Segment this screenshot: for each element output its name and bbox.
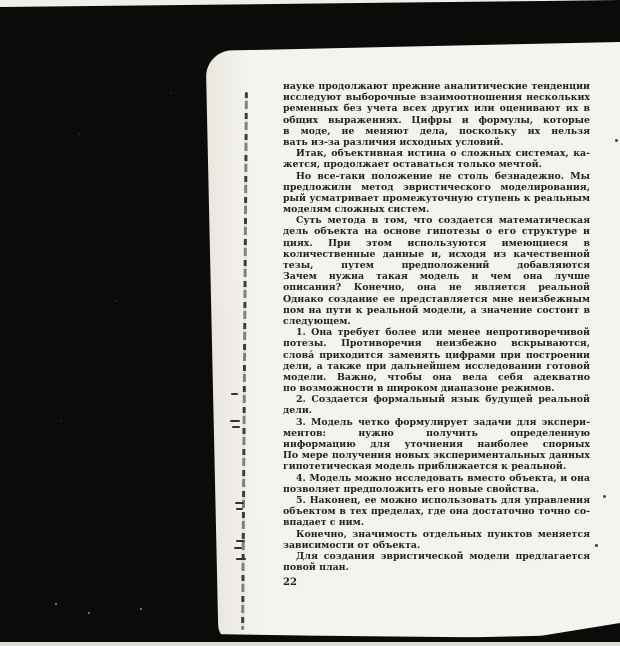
- text-line: дель объекта на основе гипотезы о его ст…: [283, 226, 590, 237]
- text-line: слова́ приходится заменять цифрами при п…: [283, 350, 590, 361]
- text-line: ментов: нужно получить определенную коли…: [283, 428, 590, 439]
- text-line: повой план.: [283, 562, 590, 573]
- text-line: зависимости от объекта.: [283, 540, 590, 551]
- text-line: вать из-за различия исходных условий.: [283, 137, 590, 148]
- text-line: По мере получения новых экспериментальны…: [283, 450, 590, 461]
- book-photo: науке продолжают прежние аналитические т…: [0, 0, 620, 646]
- page-edge-mark: [236, 558, 246, 560]
- text-line: 1. Она требует более или менее непротиво…: [283, 327, 590, 338]
- text-line: исследуют выборочные взаимоотношения нес…: [283, 92, 590, 103]
- page-edge-mark: [235, 502, 244, 504]
- text-line: предложили метод эвристического моделиро…: [283, 182, 590, 193]
- text-line: тезы, путем предположений добавляются не…: [283, 260, 590, 271]
- text-line: ременных без учета всех других или оцени…: [283, 103, 590, 114]
- page-text: науке продолжают прежние аналитические т…: [283, 81, 590, 573]
- noise-dot: [88, 612, 90, 614]
- text-line: потезы. Противоречия неизбежно вскрывают…: [283, 338, 590, 349]
- noise-dot: [140, 608, 142, 610]
- text-line: информацию для уточнения наиболее спорны…: [283, 439, 590, 450]
- text-line: науке продолжают прежние аналитические т…: [283, 81, 590, 92]
- ink-speck: [615, 139, 618, 142]
- page-edge-mark: [236, 540, 245, 542]
- text-line: объектом в тех пределах, где она достато…: [283, 506, 590, 517]
- text-line: пом на пути к реальной модели, а значени…: [283, 305, 590, 316]
- text-line: рый усматривает промежуточную ступень к …: [283, 193, 590, 204]
- text-line: Но все-таки положение не столь безнадежн…: [283, 171, 590, 182]
- text-line: дели.: [283, 405, 590, 416]
- page-edge-mark: [231, 393, 238, 395]
- text-line: количественные данные и, исходя из качес…: [283, 249, 590, 260]
- noise-dot: [78, 133, 80, 135]
- text-line: дели, а также при дальнейшем исследовани…: [283, 361, 590, 372]
- noise-dot: [115, 300, 117, 302]
- text-line: циях. При этом используются имеющиеся в …: [283, 238, 590, 249]
- text-line: 2. Создается формальный язык будущей реа…: [283, 394, 590, 405]
- text-line: Суть метода в том, что создается математ…: [283, 215, 590, 226]
- text-line: впадает с ним.: [283, 517, 590, 528]
- text-line: описания? Конечно, она не является реаль…: [283, 282, 590, 293]
- text-line: модели. Важно, чтобы она вела себя адекв…: [283, 372, 590, 383]
- page-edge-mark: [234, 547, 242, 549]
- text-line: общих выражениях. Цифры и формулы, котор…: [283, 115, 590, 126]
- text-line: Зачем нужна такая модель и чем она лучше…: [283, 271, 590, 282]
- page-edge-mark: [236, 508, 243, 510]
- bottom-light-strip: [0, 642, 620, 646]
- ink-speck: [595, 544, 598, 547]
- ink-speck: [603, 495, 606, 498]
- page-edge-mark: [232, 426, 240, 428]
- page-number: 22: [283, 577, 297, 588]
- text-line: 4. Модель можно исследовать вместо объек…: [283, 473, 590, 484]
- text-line: в моде, не меняют дела, поскольку их нел…: [283, 126, 590, 137]
- text-line: Для создания эвристической модели предла…: [283, 551, 590, 562]
- noise-dot: [170, 92, 172, 94]
- text-line: Конечно, значимость отдельных пунктов ме…: [283, 529, 590, 540]
- text-line: гипотетическая модель приближается к реа…: [283, 461, 590, 472]
- noise-dot: [60, 420, 62, 422]
- text-line: Итак, объективная истина о сложных систе…: [283, 148, 590, 159]
- text-line: жется, продолжает оставаться только мечт…: [283, 159, 590, 170]
- text-line: следующем.: [283, 316, 590, 327]
- text-line: Однако создание ее представляется мне не…: [283, 294, 590, 305]
- text-line: позволяет предположить его новые свойств…: [283, 484, 590, 495]
- text-line: 3. Модель четко формулирует задачи для э…: [283, 417, 590, 428]
- page-edge-mark: [230, 420, 240, 422]
- text-line: 5. Наконец, ее можно использовать для уп…: [283, 495, 590, 506]
- text-line: моделям сложных систем.: [283, 204, 590, 215]
- text-line: по возможности в широком диапазоне режим…: [283, 383, 590, 394]
- noise-dot: [55, 603, 57, 605]
